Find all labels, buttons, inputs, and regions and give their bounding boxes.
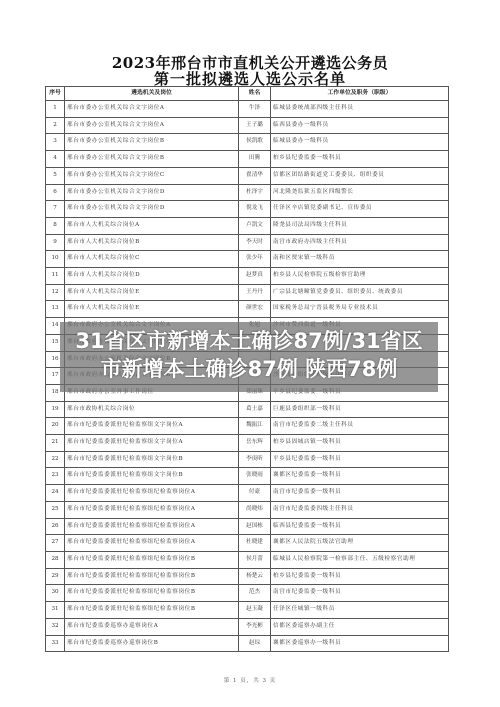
header-name: 姓名 (239, 87, 271, 101)
cell-position: 邢台市委办公室机关综合文字岗位A (65, 101, 239, 118)
cell-seq: 32 (46, 618, 65, 635)
table-row: 8邢台市人大机关综合岗位A卢凯文隆尧县司法局四级主任科员 (46, 217, 449, 234)
cell-name: 倪龙飞 (239, 201, 271, 218)
cell-seq: 3 (46, 134, 65, 151)
cell-seq: 11 (46, 268, 65, 285)
cell-seq: 5 (46, 167, 65, 184)
cell-name: 李天时 (239, 234, 271, 251)
cell-position: 邢台市纪委监委派驻纪检监察组文字岗位A (65, 418, 239, 435)
table-row: 12邢台市人大机关综合岗位E王丹丹广宗县北塘疃镇党委委员、组织委员、统战委员 (46, 284, 449, 301)
table-row: 31邢台市纪委监委派驻纪检监察组纪检监察岗位B赵玉凝任泽区任城镇一级科员 (46, 602, 449, 619)
cell-name: 卢凯文 (239, 217, 271, 234)
table-row: 27邢台市纪委监委派驻纪检监察组纪检监察岗位A杜晓建襄都区人民法院五级法官助理 (46, 535, 449, 552)
cell-seq: 10 (46, 251, 65, 268)
cell-name: 侯月蕾 (239, 551, 271, 568)
cell-name: 李光彬 (239, 618, 271, 635)
cell-work: 柏乡县人民检察院五级检察官助理 (271, 268, 449, 285)
cell-work: 南宫市政府办四级主任科员 (271, 234, 449, 251)
cell-position: 邢台市纪委监委派驻纪检监察组文字岗位B (65, 468, 239, 485)
cell-name: 岳东辉 (239, 435, 271, 452)
cell-seq: 23 (46, 468, 65, 485)
cell-position: 邢台市人大机关综合岗位E (65, 284, 239, 301)
cell-work: 南宫市纪委监委一级科员 (271, 485, 449, 502)
cell-position: 邢台市纪委监委派驻纪检监察组纪检监察岗位A (65, 485, 239, 502)
cell-seq: 13 (46, 301, 65, 318)
cell-name: 李庚昕 (239, 451, 271, 468)
table-row: 24邢台市纪委监委派驻纪检监察组纪检监察岗位A付豪南宫市纪委监委一级科员 (46, 485, 449, 502)
header-seq: 序号 (46, 87, 65, 101)
table-row: 6邢台市委办公室机关综合文字岗位D杜泽宇河北隆尧监狱五监区四级警长 (46, 184, 449, 201)
cell-name: 葛士嘉 (239, 401, 271, 418)
cell-name: 赵琮 (239, 635, 271, 652)
cell-position: 邢台市人大机关综合岗位E (65, 301, 239, 318)
cell-position: 邢台市委办公室机关综合文字岗位D (65, 201, 239, 218)
cell-name: 杜晓建 (239, 535, 271, 552)
cell-position: 邢台市纪委监委派驻纪检监察组纪检监察岗位A (65, 501, 239, 518)
cell-position: 邢台市纪委监委派驻纪检监察组纪检监察岗位B (65, 551, 239, 568)
cell-seq: 26 (46, 518, 65, 535)
table-row: 26邢台市纪委监委派驻纪检监察组纪检监察岗位A赵国栋临西县纪委监委一级科员 (46, 518, 449, 535)
cell-seq: 8 (46, 217, 65, 234)
cell-seq: 12 (46, 284, 65, 301)
cell-position: 邢台市委办公室机关综合文字岗位B (65, 151, 239, 168)
table-row: 25邢台市纪委监委派驻纪检监察组纪检监察岗位A尚晓炜南宫市纪委监委四级主任科员 (46, 501, 449, 518)
cell-work: 平乡县纪委监委一级科员 (271, 451, 449, 468)
cell-work: 任泽区辛店镇党委副书记、宣传委员 (271, 201, 449, 218)
page-footer: 第 1 页，共 3 页 (0, 676, 500, 684)
cell-name: 牛泽 (239, 101, 271, 118)
cell-name: 张少年 (239, 251, 271, 268)
cell-work: 信都区委巡察办副主任 (271, 618, 449, 635)
cell-seq: 20 (46, 418, 65, 435)
cell-position: 邢台市纪委监委派驻纪检监察组文字岗位B (65, 451, 239, 468)
cell-work: 广宗县北塘疃镇党委委员、组织委员、统战委员 (271, 284, 449, 301)
header-position: 遴选机关及岗位 (65, 87, 239, 101)
cell-seq: 19 (46, 401, 65, 418)
cell-work: 临城县人民检察院第一检察部主任、五级检察官助理 (271, 551, 449, 568)
cell-name: 付豪 (239, 485, 271, 502)
cell-name: 赵梦真 (239, 268, 271, 285)
table-row: 19邢台市政协机关综合岗位葛士嘉巨鹿县委组织部一级科员 (46, 401, 449, 418)
cell-name: 侯凯歌 (239, 134, 271, 151)
cell-seq: 24 (46, 485, 65, 502)
cell-position: 邢台市委办公室机关综合文字岗位D (65, 184, 239, 201)
cell-seq: 1 (46, 101, 65, 118)
cell-work: 信都区团结路街道党工委委员、组织委员 (271, 167, 449, 184)
cell-work: 临西县委办一级科员 (271, 117, 449, 134)
table-row: 20邢台市纪委监委派驻纪检监察组文字岗位A魏振江南宫市纪委监委二级主任科员 (46, 418, 449, 435)
cell-work: 隆尧县司法局四级主任科员 (271, 217, 449, 234)
cell-position: 邢台市委办公室机关综合文字岗位B (65, 134, 239, 151)
table-row: 32邢台市纪委监委巡察办巡察岗位A李光彬信都区委巡察办副主任 (46, 618, 449, 635)
cell-seq: 29 (46, 568, 65, 585)
cell-name: 尚晓炜 (239, 501, 271, 518)
cell-position: 邢台市人大机关综合岗位C (65, 251, 239, 268)
cell-position: 邢台市人大机关综合岗位B (65, 234, 239, 251)
cell-seq: 7 (46, 201, 65, 218)
cell-seq: 33 (46, 635, 65, 652)
cell-work: 南宫市纪委监委一级科员 (271, 585, 449, 602)
cell-name: 范杰 (239, 585, 271, 602)
cell-name: 田腾 (239, 151, 271, 168)
cell-work: 临城县委统战部四级主任科员 (271, 101, 449, 118)
cell-seq: 9 (46, 234, 65, 251)
cell-name: 杨楚云 (239, 568, 271, 585)
cell-work: 柏乡县纪委监委一级科员 (271, 151, 449, 168)
cell-work: 南宫市纪委监委四级主任科员 (271, 501, 449, 518)
header-work: 工作单位及职务（职级） (271, 87, 449, 101)
cell-seq: 25 (46, 501, 65, 518)
cell-seq: 2 (46, 117, 65, 134)
cell-name: 王子璐 (239, 117, 271, 134)
cell-work: 临西县纪委监委一级科员 (271, 518, 449, 535)
cell-position: 邢台市委办公室机关综合文字岗位C (65, 167, 239, 184)
cell-position: 邢台市纪委监委派驻纪检监察组纪检监察岗位B (65, 585, 239, 602)
table-row: 9邢台市人大机关综合岗位B李天时南宫市政府办四级主任科员 (46, 234, 449, 251)
table-row: 33邢台市纪委监委巡察办巡察岗位B赵琮襄都区委巡察办一级科员 (46, 635, 449, 652)
news-banner-line2: 市新增本土确诊87例 陕西78例 (60, 356, 438, 382)
cell-name: 颜世宏 (239, 301, 271, 318)
cell-position: 邢台市委办公室机关综合文字岗位A (65, 117, 239, 134)
table-row: 22邢台市纪委监委派驻纪检监察组文字岗位B李庚昕平乡县纪委监委一级科员 (46, 451, 449, 468)
table-row: 11邢台市人大机关综合岗位D赵梦真柏乡县人民检察院五级检察官助理 (46, 268, 449, 285)
table-row: 5邢台市委办公室机关综合文字岗位C翟清华信都区团结路街道党工委委员、组织委员 (46, 167, 449, 184)
cell-name: 杜泽宇 (239, 184, 271, 201)
cell-work: 襄都区委巡察办一级科员 (271, 635, 449, 652)
cell-position: 邢台市纪委监委派驻纪检监察组纪检监察岗位B (65, 568, 239, 585)
cell-position: 邢台市人大机关综合岗位A (65, 217, 239, 234)
cell-position: 邢台市纪委监委巡察办巡察岗位B (65, 635, 239, 652)
cell-work: 任泽区任城镇一级科员 (271, 602, 449, 619)
cell-work: 国家税务总局宁晋县税务局专业技术员 (271, 301, 449, 318)
cell-seq: 30 (46, 585, 65, 602)
table-row: 13邢台市人大机关综合岗位E颜世宏国家税务总局宁晋县税务局专业技术员 (46, 301, 449, 318)
cell-work: 河北隆尧监狱五监区四级警长 (271, 184, 449, 201)
table-row: 2邢台市委办公室机关综合文字岗位A王子璐临西县委办一级科员 (46, 117, 449, 134)
cell-position: 邢台市纪委监委派驻纪检监察组纪检监察岗位B (65, 602, 239, 619)
table-row: 28邢台市纪委监委派驻纪检监察组纪检监察岗位B侯月蕾临城县人民检察院第一检察部主… (46, 551, 449, 568)
table-row: 3邢台市委办公室机关综合文字岗位B侯凯歌临城县委办一级科员 (46, 134, 449, 151)
cell-seq: 4 (46, 151, 65, 168)
cell-seq: 28 (46, 551, 65, 568)
cell-name: 赵国栋 (239, 518, 271, 535)
cell-seq: 31 (46, 602, 65, 619)
cell-work: 柏乡县固城店镇一级科员 (271, 435, 449, 452)
cell-position: 邢台市纪委监委巡察办巡察岗位A (65, 618, 239, 635)
cell-name: 翟清华 (239, 167, 271, 184)
table-row: 4邢台市委办公室机关综合文字岗位B田腾柏乡县纪委监委一级科员 (46, 151, 449, 168)
table-row: 23邢台市纪委监委派驻纪检监察组文字岗位B张晓雨襄都区纪委监委一级科员 (46, 468, 449, 485)
cell-seq: 6 (46, 184, 65, 201)
cell-seq: 22 (46, 451, 65, 468)
cell-name: 魏振江 (239, 418, 271, 435)
cell-work: 南宫市纪委监委二级主任科员 (271, 418, 449, 435)
cell-seq: 21 (46, 435, 65, 452)
cell-position: 邢台市纪委监委派驻纪检监察组纪检监察岗位A (65, 535, 239, 552)
table-header-row: 序号 遴选机关及岗位 姓名 工作单位及职务（职级） (46, 87, 449, 101)
cell-position: 邢台市政协机关综合岗位 (65, 401, 239, 418)
cell-position: 邢台市纪委监委派驻纪检监察组文字岗位A (65, 435, 239, 452)
cell-work: 襄都区人民法院五级法官助理 (271, 535, 449, 552)
cell-seq: 27 (46, 535, 65, 552)
cell-work: 柏乡县纪委监委一级科员 (271, 568, 449, 585)
news-banner-line1: 31省区市新增本土确诊87例/31省区 (60, 328, 438, 354)
table-row: 21邢台市纪委监委派驻纪检监察组文字岗位A岳东辉柏乡县固城店镇一级科员 (46, 435, 449, 452)
cell-position: 邢台市纪委监委派驻纪检监察组纪检监察岗位A (65, 518, 239, 535)
cell-work: 襄都区纪委监委一级科员 (271, 468, 449, 485)
cell-name: 王丹丹 (239, 284, 271, 301)
table-row: 29邢台市纪委监委派驻纪检监察组纪检监察岗位B杨楚云柏乡县纪委监委一级科员 (46, 568, 449, 585)
cell-name: 张晓雨 (239, 468, 271, 485)
table-row: 1邢台市委办公室机关综合文字岗位A牛泽临城县委统战部四级主任科员 (46, 101, 449, 118)
table-row: 30邢台市纪委监委派驻纪检监察组纪检监察岗位B范杰南宫市纪委监委一级科员 (46, 585, 449, 602)
cell-position: 邢台市人大机关综合岗位D (65, 268, 239, 285)
table-row: 10邢台市人大机关综合岗位C张少年南和区贾宋镇一级科员 (46, 251, 449, 268)
cell-work: 临城县委办一级科员 (271, 134, 449, 151)
cell-work: 巨鹿县委组织部一级科员 (271, 401, 449, 418)
cell-name: 赵玉凝 (239, 602, 271, 619)
cell-work: 南和区贾宋镇一级科员 (271, 251, 449, 268)
table-row: 7邢台市委办公室机关综合文字岗位D倪龙飞任泽区辛店镇党委副书记、宣传委员 (46, 201, 449, 218)
